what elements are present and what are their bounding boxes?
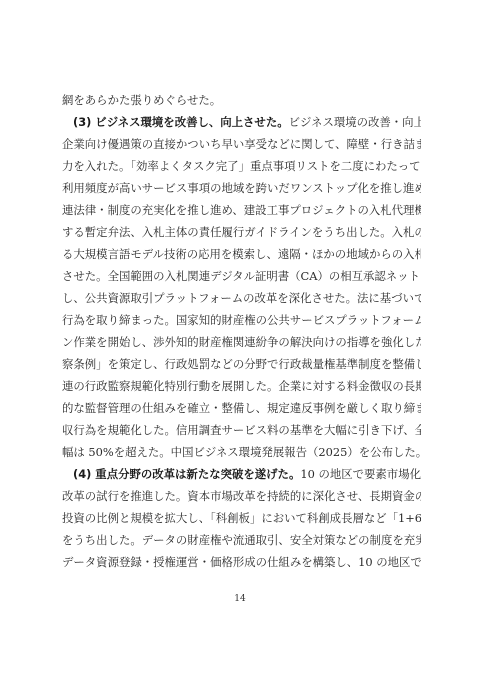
text-line: 力を入れた。「効率よくタスク完了」重点事項リストを二度にわたってうち出し、: [62, 155, 421, 177]
page-number: 14: [0, 594, 480, 604]
text-line: 幅は 50%を超えた。中国ビジネス環境発展報告（2025）を公布した。: [62, 441, 421, 463]
text-line: 利用頻度が高いサービス事項の地域を跨いだワンストップ化を推し進める。入札関: [62, 177, 421, 199]
section-3-paragraph-start: (3) ビジネス環境を改善し、向上させた。ビジネス環境の改善・向上行動を進め、: [62, 111, 421, 133]
text-line: データ資源登録・授権運営・価格形成の仕組みを構築し、10 の地区でのデータ要素: [62, 551, 421, 573]
text-line: ビジネス環境の改善・向上行動を進め、: [289, 115, 421, 129]
document-body: 網をあらかた張りめぐらせた。 (3) ビジネス環境を改善し、向上させた。ビジネス…: [62, 89, 421, 573]
document-page: 網をあらかた張りめぐらせた。 (3) ビジネス環境を改善し、向上させた。ビジネス…: [0, 0, 480, 679]
text-line: 連の行政監察規範化特別行動を展開した。企業に対する料金徴収の長期的かつ効果: [62, 375, 421, 397]
text-line: 企業向け優遇策の直接かついち早い享受などに関して、障壁・行き詰まりの解消に: [62, 133, 421, 155]
text-line: 的な監督管理の仕組みを確立・整備し、規定違反事例を厳しく取り締まり、料金徴: [62, 397, 421, 419]
text-line: する暫定弁法、入札主体の責任履行ガイドラインをうち出した。入札の分野におけ: [62, 221, 421, 243]
text-line: し、公共資源取引プラットフォームの改革を深化させた。法に基づいて入札の違法: [62, 287, 421, 309]
text-line: 行為を取り締まった。国家知的財産権の公共サービスプラットフォームのオンライ: [62, 309, 421, 331]
text-line: をうち出した。データの財産権や流通取引、安全対策などの制度を充実させ、公共: [62, 529, 421, 551]
section-4-heading: (4) 重点分野の改革は新たな突破を遂げた。: [73, 467, 300, 481]
text-line: 察条例」を策定し、行政処罰などの分野で行政裁量権基準制度を整備した。企業関: [62, 353, 421, 375]
text-line: させた。全国範囲の入札関連デジタル証明書（CA）の相互承認ネットワークを構築: [62, 265, 421, 287]
text-line: 改革の試行を推進した。資本市場改革を持続的に深化させ、長期資金のエクイティ: [62, 485, 421, 507]
text-line: る大規模言語モデル技術の応用を模索し、遠隔・ほかの地域からの入札評価を普及: [62, 243, 421, 265]
section-3-heading: (3) ビジネス環境を改善し、向上させた。: [73, 115, 289, 129]
text-line: 投資の比例と規模を拡大し、「科創板」において科創成長層など「1+6」改革措置: [62, 507, 421, 529]
text-line: 収行為を規範化した。信用調査サービス料の基準を大幅に引き下げ、全般的な減少: [62, 419, 421, 441]
section-4-paragraph-start: (4) 重点分野の改革は新たな突破を遂げた。10 の地区で要素市場化配分の総合: [62, 463, 421, 485]
text-line: ン作業を開始し、渉外知的財産権関連紛争の解決向けの指導を強化した。「行政監: [62, 331, 421, 353]
text-line: 連法律・制度の充実化を推し進め、建設工事プロジェクトの入札代理機構管理に関: [62, 199, 421, 221]
text-line: 10 の地区で要素市場化配分の総合: [300, 467, 421, 481]
text-line: 網をあらかた張りめぐらせた。: [62, 89, 421, 111]
